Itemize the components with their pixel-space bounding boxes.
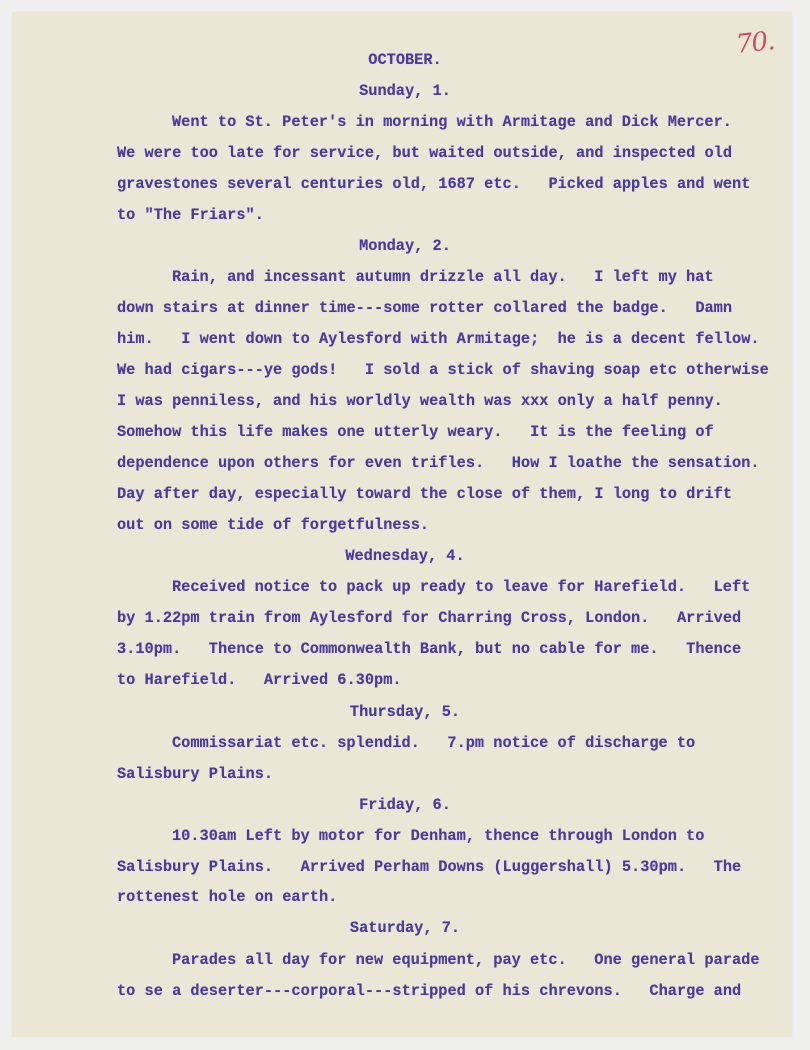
entry-line: to "The Friars".	[117, 205, 264, 225]
entry-line: rottenest hole on earth.	[117, 887, 337, 907]
entry-line: to se a deserter---corporal---stripped o…	[117, 981, 741, 1001]
entry-line: gravestones several centuries old, 1687 …	[117, 174, 750, 194]
entry-line: Parades all day for new equipment, pay e…	[172, 950, 760, 970]
entry-date: Wednesday, 4.	[0, 546, 810, 566]
diary-text: OCTOBER. Sunday, 1. Went to St. Peter's …	[0, 0, 810, 792]
entry-line: We were too late for service, but waited…	[117, 143, 732, 163]
entry-date: Friday, 6.	[0, 795, 810, 815]
entry-line: to Harefield. Arrived 6.30pm.	[117, 670, 402, 690]
entry-line: Somehow this life makes one utterly wear…	[117, 422, 714, 442]
entry-date: Monday, 2.	[0, 236, 810, 256]
entry-line: by 1.22pm train from Aylesford for Charr…	[117, 608, 741, 628]
entry-date: Saturday, 7.	[0, 918, 810, 938]
entry-line: We had cigars---ye gods! I sold a stick …	[117, 360, 769, 380]
entry-line: dependence upon others for even trifles.…	[117, 453, 760, 473]
entry-line: Commissariat etc. splendid. 7.pm notice …	[172, 733, 695, 753]
entry-line: Salisbury Plains.	[117, 764, 273, 784]
month-heading: OCTOBER.	[0, 50, 810, 70]
entry-date: Thursday, 5.	[0, 702, 810, 722]
entry-line: him. I went down to Aylesford with Armit…	[117, 329, 760, 349]
entry-line: I was penniless, and his worldly wealth …	[117, 391, 723, 411]
entry-date: Sunday, 1.	[0, 81, 810, 101]
entry-line: Rain, and incessant autumn drizzle all d…	[172, 267, 714, 287]
entry-line: Day after day, especially toward the clo…	[117, 484, 732, 504]
entry-line: 10.30am Left by motor for Denham, thence…	[172, 826, 704, 846]
entry-line: 3.10pm. Thence to Commonwealth Bank, but…	[117, 639, 741, 659]
entry-line: Salisbury Plains. Arrived Perham Downs (…	[117, 857, 741, 877]
entry-line: Went to St. Peter's in morning with Armi…	[172, 112, 732, 132]
entry-line: Received notice to pack up ready to leav…	[172, 577, 750, 597]
entry-line: out on some tide of forgetfulness.	[117, 515, 429, 535]
entry-line: down stairs at dinner time---some rotter…	[117, 298, 732, 318]
